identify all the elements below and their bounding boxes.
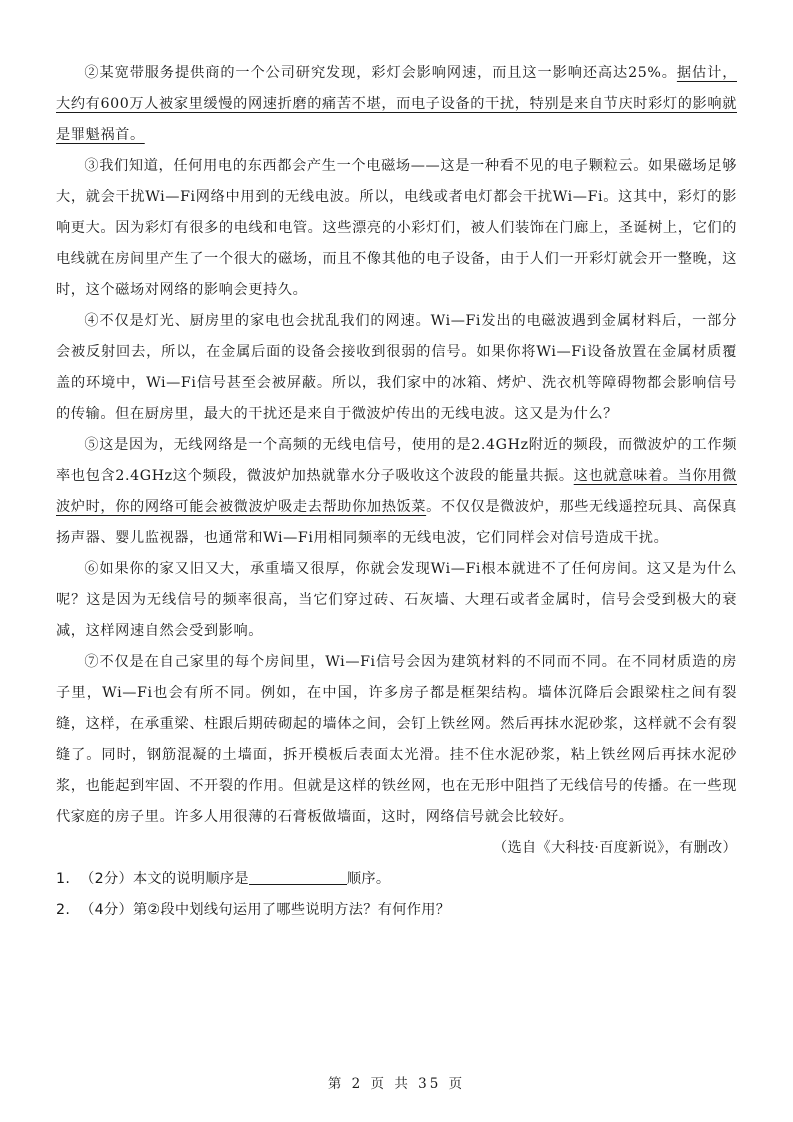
- text-segment: ⑥如果你的家又旧又大，承重墙又很厚，你就会发现Wi—Fi根本就进不了任何房间。这…: [56, 561, 737, 639]
- text-segment: ④不仅是灯光、厨房里的家电也会扰乱我们的网速。Wi—Fi发出的电磁波遇到金属材料…: [56, 313, 737, 422]
- paragraph-p2: ②某宽带服务提供商的一个公司研究发现，彩灯会影响网速，而且这一影响还高达25%。…: [56, 58, 737, 151]
- question-1: 1.（2分）本文的说明顺序是顺序。: [56, 864, 737, 895]
- question-text: 第②段中划线句运用了哪些说明方法？有何作用？: [133, 902, 450, 918]
- paragraph-p5: ⑤这是因为，无线网络是一个高频的无线电信号，使用的是2.4GHz附近的频段，而微…: [56, 430, 737, 554]
- questions-list: 1.（2分）本文的说明顺序是顺序。2.（4分）第②段中划线句运用了哪些说明方法？…: [56, 864, 737, 926]
- text-segment: ③我们知道，任何用电的东西都会产生一个电磁场——这是一种看不见的电子颗粒云。如果…: [56, 158, 737, 298]
- question-score: （2分）: [80, 871, 133, 887]
- question-2: 2.（4分）第②段中划线句运用了哪些说明方法？有何作用？: [56, 895, 737, 926]
- text-segment: ②某宽带服务提供商的一个公司研究发现，彩灯会影响网速，而且这一影响还高达25%。: [84, 65, 677, 81]
- page-footer: 第 2 页 共 35 页: [0, 1072, 793, 1092]
- document-page: ②某宽带服务提供商的一个公司研究发现，彩灯会影响网速，而且这一影响还高达25%。…: [56, 58, 737, 926]
- paragraph-p3: ③我们知道，任何用电的东西都会产生一个电磁场——这是一种看不见的电子颗粒云。如果…: [56, 151, 737, 306]
- article-body: ②某宽带服务提供商的一个公司研究发现，彩灯会影响网速，而且这一影响还高达25%。…: [56, 58, 737, 833]
- paragraph-p7: ⑦不仅是在自己家里的每个房间里，Wi—Fi信号会因为建筑材料的不同而不同。在不同…: [56, 647, 737, 833]
- text-segment: ⑦不仅是在自己家里的每个房间里，Wi—Fi信号会因为建筑材料的不同而不同。在不同…: [56, 654, 737, 825]
- question-text: 本文的说明顺序是: [133, 871, 249, 887]
- question-number: 1.: [56, 871, 70, 887]
- question-number: 2.: [56, 902, 70, 918]
- paragraph-p6: ⑥如果你的家又旧又大，承重墙又很厚，你就会发现Wi—Fi根本就进不了任何房间。这…: [56, 554, 737, 647]
- answer-blank[interactable]: [249, 868, 347, 885]
- source-citation: （选自《大科技·百度新说》，有删改）: [56, 833, 737, 864]
- paragraph-p4: ④不仅是灯光、厨房里的家电也会扰乱我们的网速。Wi—Fi发出的电磁波遇到金属材料…: [56, 306, 737, 430]
- question-score: （4分）: [80, 902, 133, 918]
- question-text-after: 顺序。: [347, 871, 390, 887]
